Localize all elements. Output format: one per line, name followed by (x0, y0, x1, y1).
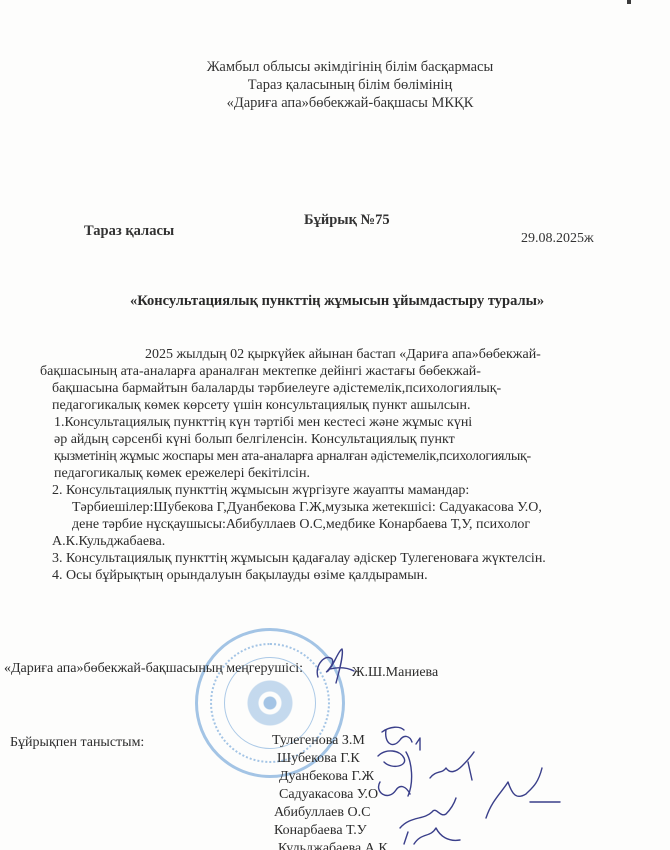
ack-name: Садуакасова У.О (279, 787, 378, 803)
ack-name: Шубекова Г.К (277, 751, 360, 767)
scan-mark (627, 0, 631, 4)
body-line: бақшасының ата-аналарға араналған мектеп… (40, 363, 481, 380)
body-line: 2025 жылдың 02 қыркүйек айынан бастап «Д… (145, 346, 541, 363)
ack-name: Дуанбекова Г.Ж (279, 769, 374, 785)
ack-name: Тулегенова З.М (272, 733, 365, 749)
header-line-city-department: Тараз қаласының білім бөлімінің (0, 76, 670, 94)
body-line: 4. Осы бұйрықтың орындалуын бақылауды өз… (52, 567, 428, 584)
body-line: 3. Консультациялық пункттің жұмысын қада… (52, 550, 546, 567)
order-title: Бұйрық №75 (304, 212, 390, 229)
body-line: 1.Консультациялық пункттің күн тәртібі м… (54, 414, 472, 431)
acknowledgement-label: Бұйрықпен таныстым: (10, 734, 144, 751)
header-line-institution: «Дариға апа»бөбекжай-бақшасы МКҚК (0, 94, 670, 112)
body-line: педагогикалық көмек көрсету үшін консуль… (52, 397, 470, 414)
body-line: педагогикалық көмек ережелері бекітілсін… (54, 465, 310, 482)
director-role: «Дариға апа»бөбекжай-бақшасының меңгеруш… (4, 660, 303, 677)
body-line: А.К.Кульджабаева. (52, 533, 165, 550)
body-line: әр айдың сәрсенбі күні болып белгіленсін… (54, 431, 455, 448)
director-name: Ж.Ш.Маниева (352, 664, 438, 681)
body-line: дене тәрбие нұсқаушысы:Абибуллаев О.С,ме… (72, 516, 530, 533)
body-line: Тәрбиешілер:Шубекова Г,Дуанбекова Г.Ж,му… (72, 499, 542, 516)
body-line: 2. Консультациялық пункттің жұмысын жүрг… (52, 482, 469, 499)
order-date: 29.08.2025ж (521, 231, 594, 247)
header-line-region-department: Жамбыл облысы әкімдігінің білім басқарма… (0, 58, 670, 76)
order-subject: «Консультациялық пункттің жұмысын ұйымда… (130, 293, 544, 310)
acknowledgement-signatures-icon (370, 722, 570, 850)
director-signature-icon (312, 645, 357, 685)
ack-name: Абибуллаев О.С (274, 805, 370, 821)
order-city: Тараз қаласы (84, 223, 174, 240)
ack-name: Конарбаева Т.У (274, 823, 367, 839)
body-line: қызметінің жұмыс жоспары мен ата-аналарғ… (54, 448, 531, 465)
document-header: Жамбыл облысы әкімдігінің білім басқарма… (0, 58, 670, 112)
body-line: бақшасына бармайтын балаларды тәрбиелеуг… (52, 380, 501, 397)
